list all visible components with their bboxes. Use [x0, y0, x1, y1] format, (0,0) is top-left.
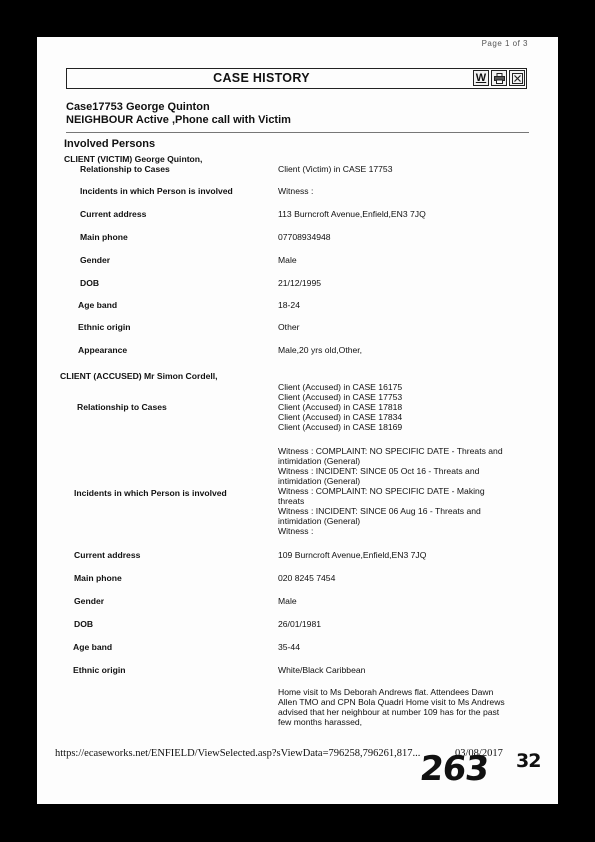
accused-phone-label: Main phone: [74, 573, 122, 583]
incident-item: Witness :: [278, 526, 513, 536]
header-toolbar: W: [473, 70, 525, 86]
victim-relationship-value: Client (Victim) in CASE 17753: [278, 164, 392, 174]
victim-gender-value: Male: [278, 255, 297, 265]
handwritten-page-number: 263: [418, 749, 490, 789]
involved-persons-title: Involved Persons: [64, 138, 155, 150]
victim-address-label: Current address: [80, 209, 146, 219]
handwritten-annotation: 32: [516, 750, 540, 772]
victim-phone-value: 07708934948: [278, 232, 331, 242]
victim-phone-label: Main phone: [80, 232, 128, 242]
victim-appearance-label: Appearance: [78, 345, 127, 355]
victim-appearance-value: Male,20 yrs old,Other,: [278, 345, 362, 355]
accused-ageband-value: 35-44: [278, 642, 300, 652]
person-heading-victim: CLIENT (VICTIM) George Quinton,: [64, 154, 202, 164]
accused-dob-label: DOB: [74, 619, 93, 629]
accused-dob-value: 26/01/1981: [278, 619, 321, 629]
victim-gender-label: Gender: [80, 255, 110, 265]
relationship-item: Client (Accused) in CASE 16175: [278, 382, 402, 392]
victim-ageband-value: 18-24: [278, 300, 300, 310]
incident-item: Witness : INCIDENT: SINCE 06 Aug 16 - Th…: [278, 506, 513, 526]
document-page: Page 1 of 3 CASE HISTORY W Case1775: [37, 37, 558, 804]
victim-ethnic-label: Ethnic origin: [78, 322, 131, 332]
accused-address-label: Current address: [74, 550, 140, 560]
victim-dob-label: DOB: [80, 278, 99, 288]
accused-address-value: 109 Burncroft Avenue,Enfield,EN3 7JQ: [278, 550, 426, 560]
victim-relationship-label: Relationship to Cases: [80, 164, 170, 174]
relationship-item: Client (Accused) in CASE 17818: [278, 402, 402, 412]
incident-item: Witness : COMPLAINT: NO SPECIFIC DATE - …: [278, 446, 513, 466]
case-title-line2: NEIGHBOUR Active ,Phone call with Victim: [66, 114, 291, 127]
victim-ageband-label: Age band: [78, 300, 117, 310]
print-icon[interactable]: [491, 70, 507, 86]
accused-incidents-label: Incidents in which Person is involved: [74, 488, 227, 498]
victim-incidents-label: Incidents in which Person is involved: [80, 186, 233, 196]
accused-relationship-label: Relationship to Cases: [77, 402, 167, 412]
header-title: CASE HISTORY: [67, 71, 456, 85]
accused-incidents-list: Witness : COMPLAINT: NO SPECIFIC DATE - …: [278, 446, 513, 536]
victim-ethnic-value: Other: [278, 322, 300, 332]
case-title-line1: Case17753 George Quinton: [66, 101, 291, 114]
relationship-item: Client (Accused) in CASE 17753: [278, 392, 402, 402]
case-history-header: CASE HISTORY W: [66, 68, 527, 89]
victim-dob-value: 21/12/1995: [278, 278, 321, 288]
person-heading-accused: CLIENT (ACCUSED) Mr Simon Cordell,: [60, 371, 218, 381]
accused-ethnic-label: Ethnic origin: [73, 665, 126, 675]
accused-gender-value: Male: [278, 596, 297, 606]
divider: [66, 132, 529, 133]
footer-url: https://ecaseworks.net/ENFIELD/ViewSelec…: [55, 748, 420, 759]
accused-ethnic-value: White/Black Caribbean: [278, 665, 365, 675]
incident-item: Witness : INCIDENT: SINCE 05 Oct 16 - Th…: [278, 466, 513, 486]
page-indicator: Page 1 of 3: [482, 39, 528, 48]
relationship-item: Client (Accused) in CASE 18169: [278, 422, 402, 432]
relationship-item: Client (Accused) in CASE 17834: [278, 412, 402, 422]
incident-item: Witness : COMPLAINT: NO SPECIFIC DATE - …: [278, 486, 513, 506]
case-title: Case17753 George Quinton NEIGHBOUR Activ…: [66, 101, 291, 127]
victim-incidents-value: Witness :: [278, 186, 313, 196]
accused-gender-label: Gender: [74, 596, 104, 606]
email-close-icon[interactable]: [509, 70, 525, 86]
accused-relationship-list: Client (Accused) in CASE 16175 Client (A…: [278, 382, 402, 432]
word-export-icon[interactable]: W: [473, 70, 489, 86]
victim-address-value: 113 Burncroft Avenue,Enfield,EN3 7JQ: [278, 209, 426, 219]
accused-phone-value: 020 8245 7454: [278, 573, 335, 583]
accused-note: Home visit to Ms Deborah Andrews flat. A…: [278, 687, 508, 727]
accused-ageband-label: Age band: [73, 642, 112, 652]
